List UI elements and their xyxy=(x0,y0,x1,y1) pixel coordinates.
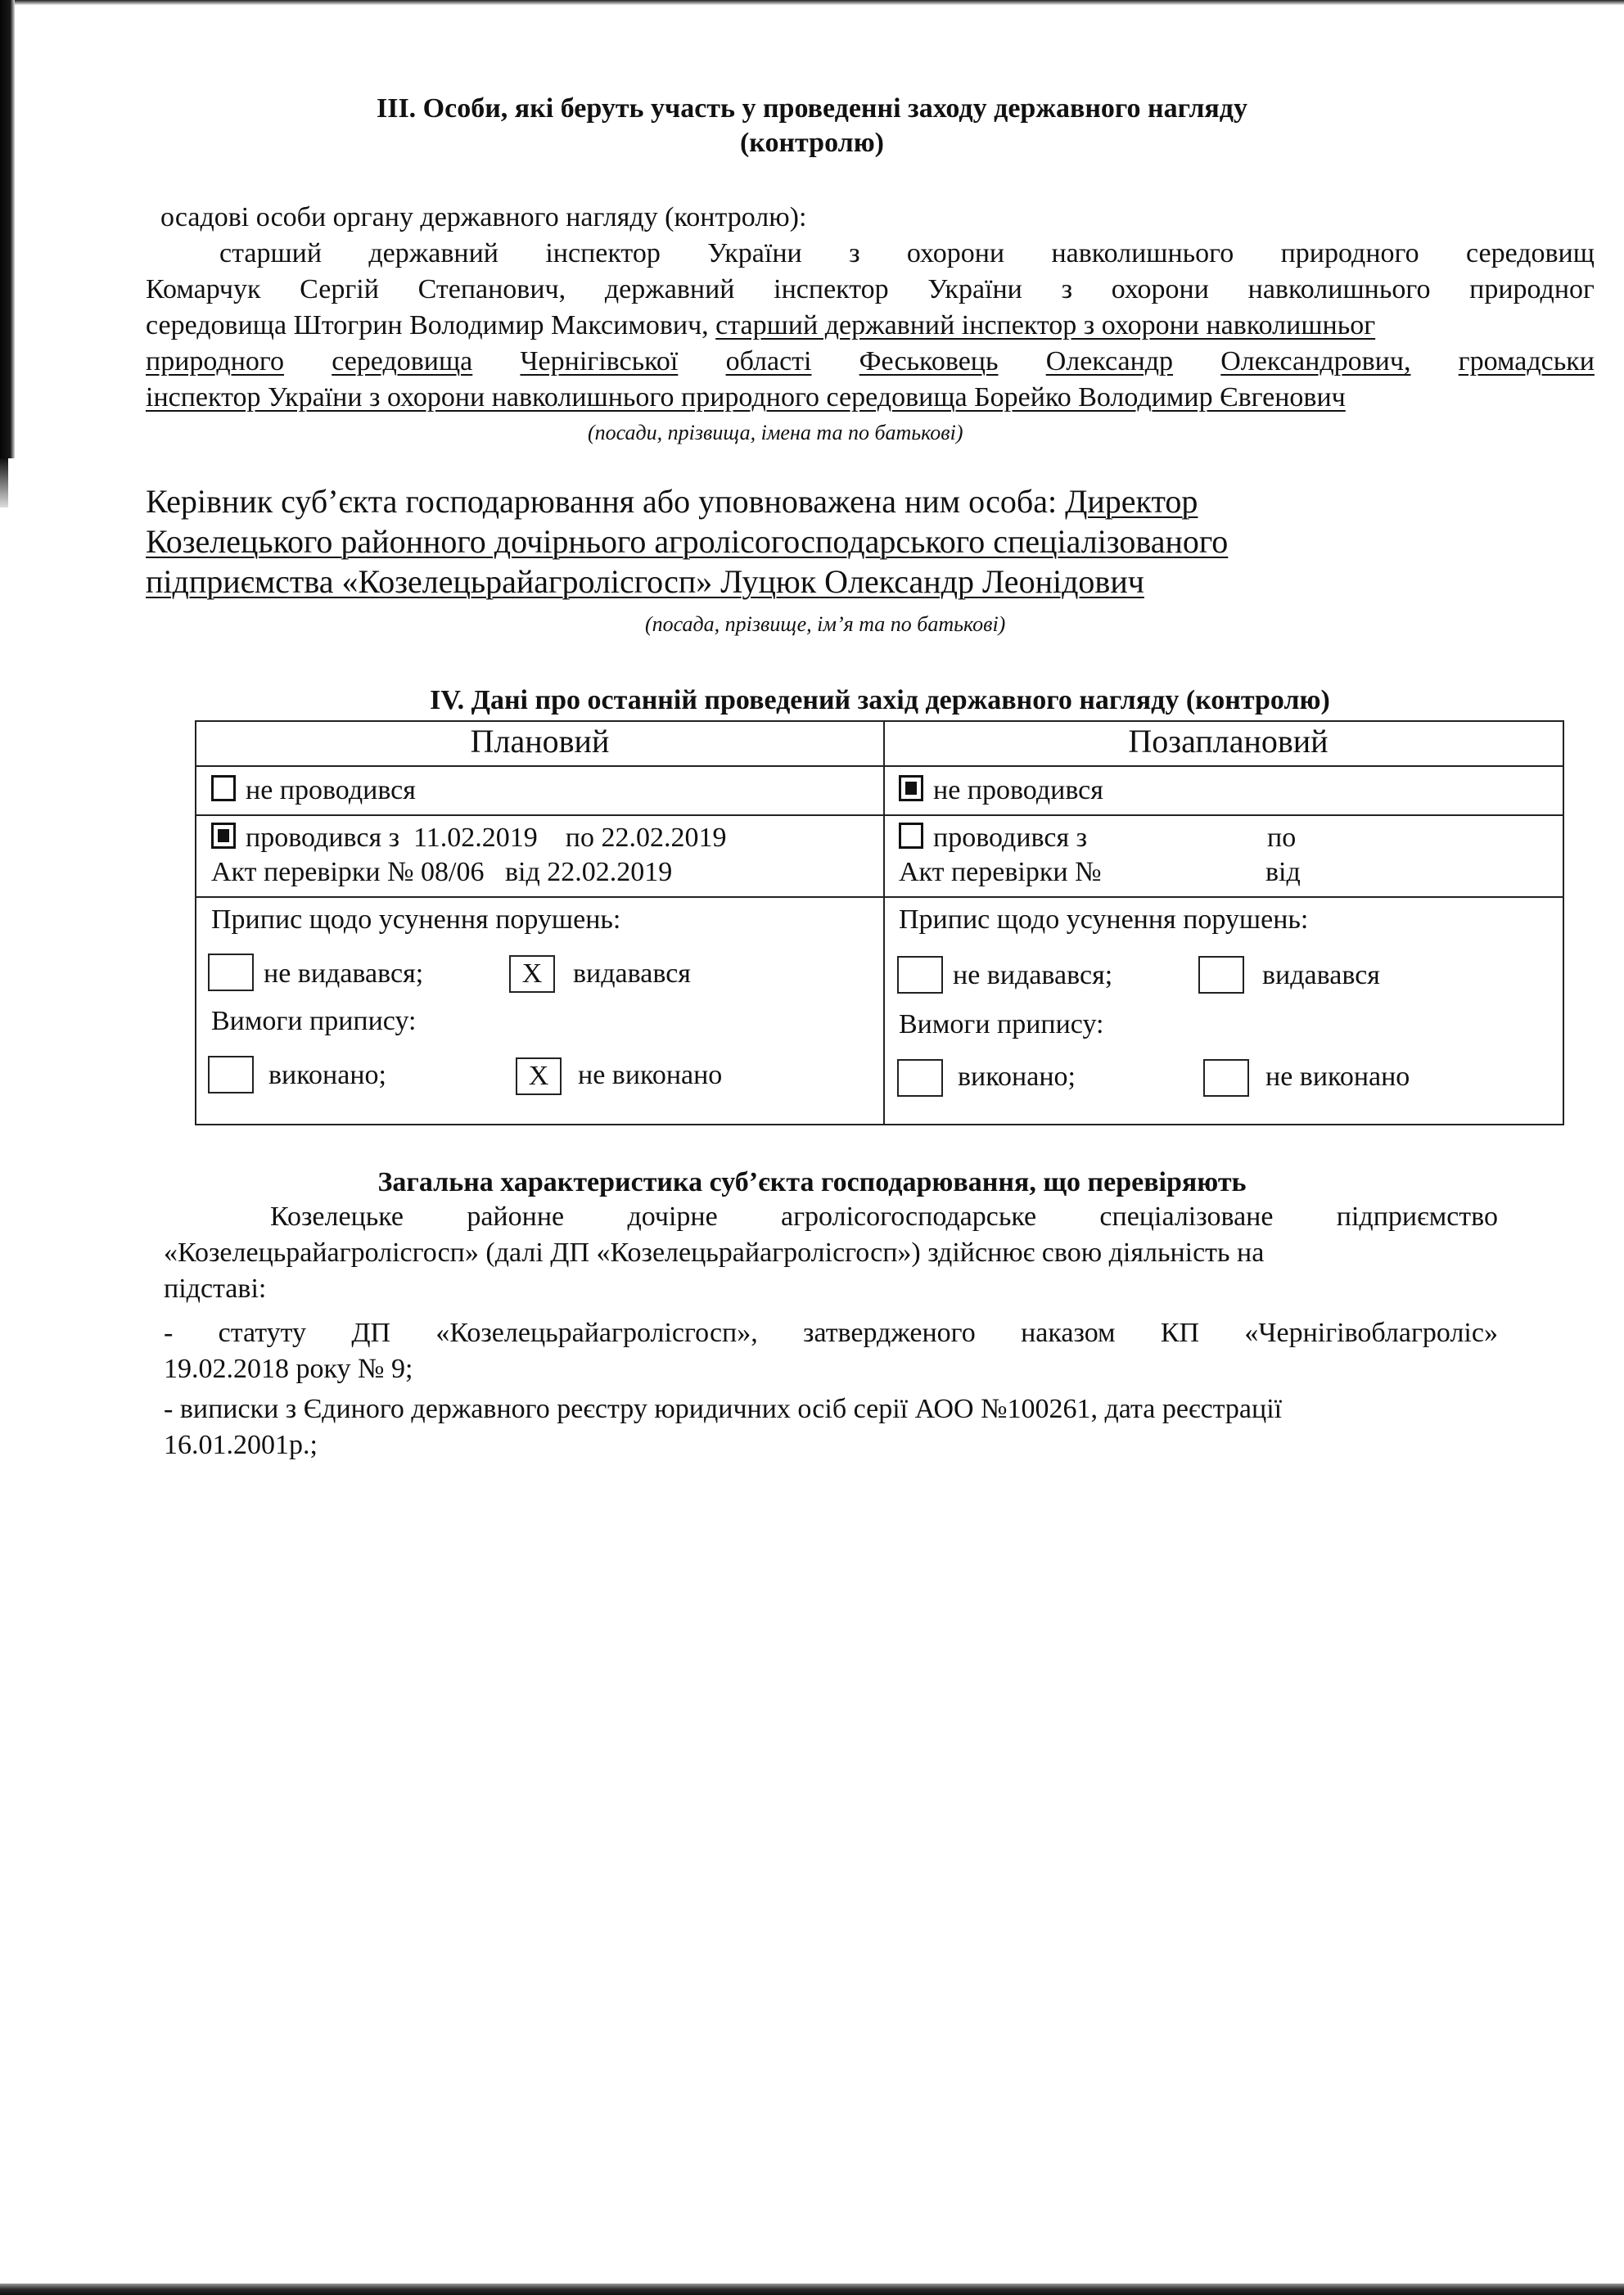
unplanned-order-not-issued-label: не видавався; xyxy=(953,959,1112,992)
planned-order-issued-box[interactable]: X xyxy=(509,955,555,993)
word: середовищ xyxy=(1466,237,1595,270)
word: природног xyxy=(1469,273,1595,306)
unplanned-req-done-box[interactable] xyxy=(897,1059,943,1097)
official-text-underlined: старший державний інспектор з охорони на… xyxy=(715,310,1375,340)
unplanned-requirements-label: Вимоги припису: xyxy=(899,1008,1103,1041)
to-date: 22.02.2019 xyxy=(602,823,727,853)
general-item1-line1: - статуту ДП «Козелецьрайагролісгосп», з… xyxy=(164,1317,1498,1350)
head-caption: (посада, прізвище, ім’я та по батькові) xyxy=(645,612,1005,637)
planned-req-done-box[interactable] xyxy=(208,1056,254,1093)
word: - xyxy=(164,1317,173,1350)
word: ДП xyxy=(351,1317,390,1350)
unplanned-order-label: Припис щодо усунення порушень: xyxy=(899,904,1308,936)
row-divider xyxy=(196,896,1563,898)
word: громадськи xyxy=(1459,345,1595,378)
officials-line-4: природного середовища Чернігівської обла… xyxy=(146,345,1595,378)
scan-edge-left xyxy=(0,0,15,458)
word: України xyxy=(927,273,1022,306)
word: статуту xyxy=(219,1317,306,1350)
word: Феськовець xyxy=(859,345,999,378)
scan-edge-top xyxy=(0,0,1624,5)
word: природного xyxy=(1281,237,1419,270)
planned-not-conducted[interactable]: не проводився xyxy=(211,774,416,807)
from-label: проводився з xyxy=(933,823,1087,853)
officials-label: осадові особи органу державного нагляду … xyxy=(160,201,806,234)
head-line-2: Козелецького районного дочірнього агролі… xyxy=(146,521,1228,561)
unplanned-act-label: Акт перевірки № xyxy=(899,856,1102,889)
unplanned-order-issued-box[interactable] xyxy=(1198,956,1244,994)
officials-line-1: старший державний інспектор України з ох… xyxy=(219,237,1595,270)
general-item2-line2: 16.01.2001р.; xyxy=(164,1429,318,1462)
planned-order-not-issued-label: не видавався; xyxy=(264,958,423,990)
act-label: Акт перевірки № xyxy=(211,857,414,887)
head-value: Директор xyxy=(1065,483,1198,520)
word: охорони xyxy=(1112,273,1209,306)
unplanned-not-conducted[interactable]: не проводився xyxy=(899,774,1103,807)
word: районне xyxy=(467,1201,564,1233)
word: «Чернігівоблагроліс» xyxy=(1244,1317,1498,1350)
planned-requirements-label: Вимоги припису: xyxy=(211,1005,416,1038)
act-number: 08/06 xyxy=(421,857,484,887)
word: агролісогосподарське xyxy=(781,1201,1036,1233)
unplanned-req-not-done-box[interactable] xyxy=(1203,1059,1249,1097)
word: державний xyxy=(368,237,498,270)
section3-title-line1: III. Особи, які беруть участь у проведен… xyxy=(0,92,1624,125)
option-label: не проводився xyxy=(933,775,1103,805)
section3-title-line2: (контролю) xyxy=(0,127,1624,160)
scan-edge-left-tail xyxy=(0,458,8,507)
act-date: 22.02.2019 xyxy=(547,857,672,887)
from-label: проводився з xyxy=(246,823,399,853)
section4-title: IV. Дані про останній проведений захід д… xyxy=(0,684,1624,717)
word: Сергій xyxy=(300,273,379,306)
word: підприємство xyxy=(1337,1201,1498,1233)
word: КП xyxy=(1161,1317,1199,1350)
word: України xyxy=(707,237,802,270)
unplanned-req-done-label: виконано; xyxy=(958,1061,1076,1093)
header-unplanned: Позаплановий xyxy=(885,725,1572,758)
unplanned-act-date-label: від xyxy=(1265,856,1301,889)
word: інспектор xyxy=(545,237,661,270)
officials-line-3: середовища Штогрин Володимир Максимович,… xyxy=(146,309,1375,342)
unplanned-conducted[interactable]: проводився з xyxy=(899,822,1087,854)
word: середовища xyxy=(332,345,472,378)
word: області xyxy=(726,345,812,378)
word: Козелецьке xyxy=(270,1201,404,1233)
column-divider xyxy=(883,722,885,1124)
general-intro-line2: «Козелецьрайагролісгосп» (далі ДП «Козел… xyxy=(164,1237,1264,1269)
word: затвердженого xyxy=(803,1317,976,1350)
to-label: по xyxy=(566,823,594,853)
word: «Козелецьрайагролісгосп», xyxy=(435,1317,757,1350)
planned-req-not-done-label: не виконано xyxy=(578,1059,722,1092)
officials-caption: (посади, прізвища, імена та по батькові) xyxy=(588,421,963,445)
planned-order-label: Припис щодо усунення порушень: xyxy=(211,904,620,936)
checkbox-icon[interactable] xyxy=(211,775,236,801)
word: навколишнього xyxy=(1248,273,1431,306)
unplanned-to-label: по xyxy=(1267,822,1296,854)
word: охорони xyxy=(907,237,1004,270)
general-title: Загальна характеристика суб’єкта господа… xyxy=(0,1166,1624,1199)
word: спеціалізоване xyxy=(1099,1201,1273,1233)
header-planned: Плановий xyxy=(196,725,883,758)
planned-act: Акт перевірки № 08/06 від 22.02.2019 xyxy=(211,856,672,889)
general-intro-line1: Козелецьке районне дочірне агролісогоспо… xyxy=(270,1201,1498,1233)
general-item2-line1: - виписки з Єдиного державного реєстру ю… xyxy=(164,1393,1282,1426)
word: старший xyxy=(219,237,322,270)
head-label: Керівник суб’єкта господарювання або упо… xyxy=(146,483,1065,520)
option-label: не проводився xyxy=(246,775,416,805)
officials-line-5: інспектор України з охорони навколишньог… xyxy=(146,381,1346,414)
checkbox-checked-icon[interactable] xyxy=(899,775,923,801)
word: Степанович, xyxy=(418,273,566,306)
checkbox-icon[interactable] xyxy=(899,823,923,849)
word: природного xyxy=(146,345,284,378)
planned-order-not-issued-box[interactable] xyxy=(208,954,254,991)
last-inspection-table: Плановий Позаплановий не проводився не п… xyxy=(195,720,1564,1125)
scan-edge-bottom xyxy=(0,2284,1624,2295)
official-text: середовища Штогрин Володимир Максимович, xyxy=(146,310,715,340)
planned-req-done-label: виконано; xyxy=(268,1059,386,1092)
row-divider xyxy=(196,765,1563,767)
word: навколишнього xyxy=(1051,237,1234,270)
word: Чернігівської xyxy=(520,345,678,378)
act-date-label: від xyxy=(505,857,540,887)
planned-req-not-done-box[interactable]: X xyxy=(516,1057,562,1095)
word: державний xyxy=(605,273,735,306)
general-intro-line3: підставі: xyxy=(164,1273,266,1305)
unplanned-order-issued-label: видавався xyxy=(1262,959,1380,992)
officials-line-2: Комарчук Сергій Степанович, державний ін… xyxy=(146,273,1595,306)
head-line-1: Керівник суб’єкта господарювання або упо… xyxy=(146,481,1198,521)
general-item1-line2: 19.02.2018 року № 9; xyxy=(164,1353,413,1386)
row-divider xyxy=(196,814,1563,816)
word: з xyxy=(1062,273,1072,306)
planned-conducted[interactable]: проводився з 11.02.2019 по 22.02.2019 xyxy=(211,822,727,854)
from-date: 11.02.2019 xyxy=(413,823,538,853)
word: наказом xyxy=(1021,1317,1115,1350)
word: Комарчук xyxy=(146,273,260,306)
unplanned-req-not-done-label: не виконано xyxy=(1265,1061,1410,1093)
word: з xyxy=(849,237,859,270)
word: дочірне xyxy=(627,1201,717,1233)
word: інспектор xyxy=(774,273,889,306)
word: Олександр xyxy=(1046,345,1173,378)
unplanned-order-not-issued-box[interactable] xyxy=(897,956,943,994)
planned-order-issued-label: видавався xyxy=(573,958,691,990)
head-line-3: підприємства «Козелецьрайагролісгосп» Лу… xyxy=(146,561,1144,602)
word: Олександрович, xyxy=(1220,345,1410,378)
checkbox-checked-icon[interactable] xyxy=(211,823,236,849)
